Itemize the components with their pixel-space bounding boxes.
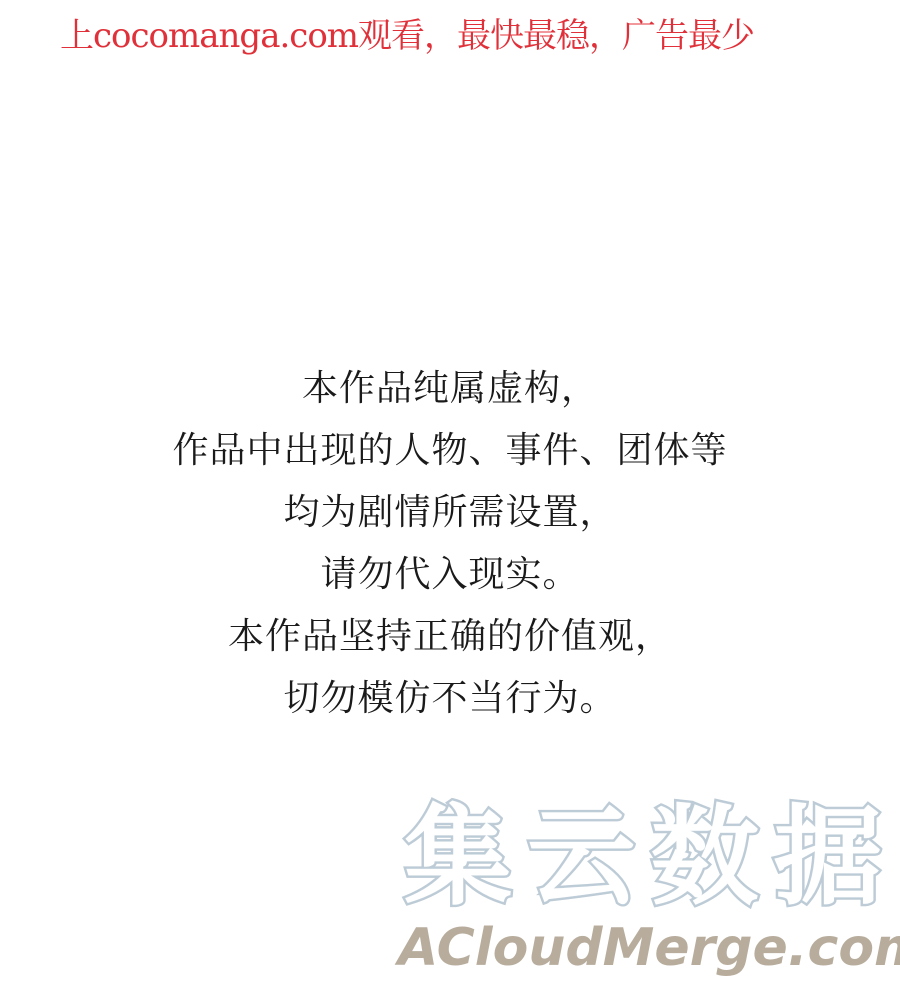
- disclaimer-line: 作品中出现的人物、事件、团体等: [0, 420, 900, 482]
- watermark-logo: 集 云 数 据 ACloudMerge.com: [398, 798, 888, 978]
- watermark-chinese-text: 集 云 数 据: [398, 798, 888, 918]
- disclaimer-line: 均为剧情所需设置，: [0, 482, 900, 544]
- disclaimer-line: 切勿模仿不当行为。: [0, 668, 900, 730]
- disclaimer-block: 本作品纯属虚构， 作品中出现的人物、事件、团体等 均为剧情所需设置， 请勿代入现…: [0, 358, 900, 730]
- disclaimer-line: 请勿代入现实。: [0, 544, 900, 606]
- ad-banner-link[interactable]: 上cocomanga.com观看，最快最稳，广告最少: [60, 14, 754, 58]
- watermark-char: 据: [768, 798, 888, 918]
- disclaimer-line: 本作品坚持正确的价值观，: [0, 606, 900, 668]
- disclaimer-line: 本作品纯属虚构，: [0, 358, 900, 420]
- watermark-char: 集: [398, 798, 518, 918]
- watermark-english-text: ACloudMerge.com: [398, 918, 888, 978]
- watermark-char: 数: [645, 798, 765, 918]
- watermark-char: 云: [521, 798, 641, 918]
